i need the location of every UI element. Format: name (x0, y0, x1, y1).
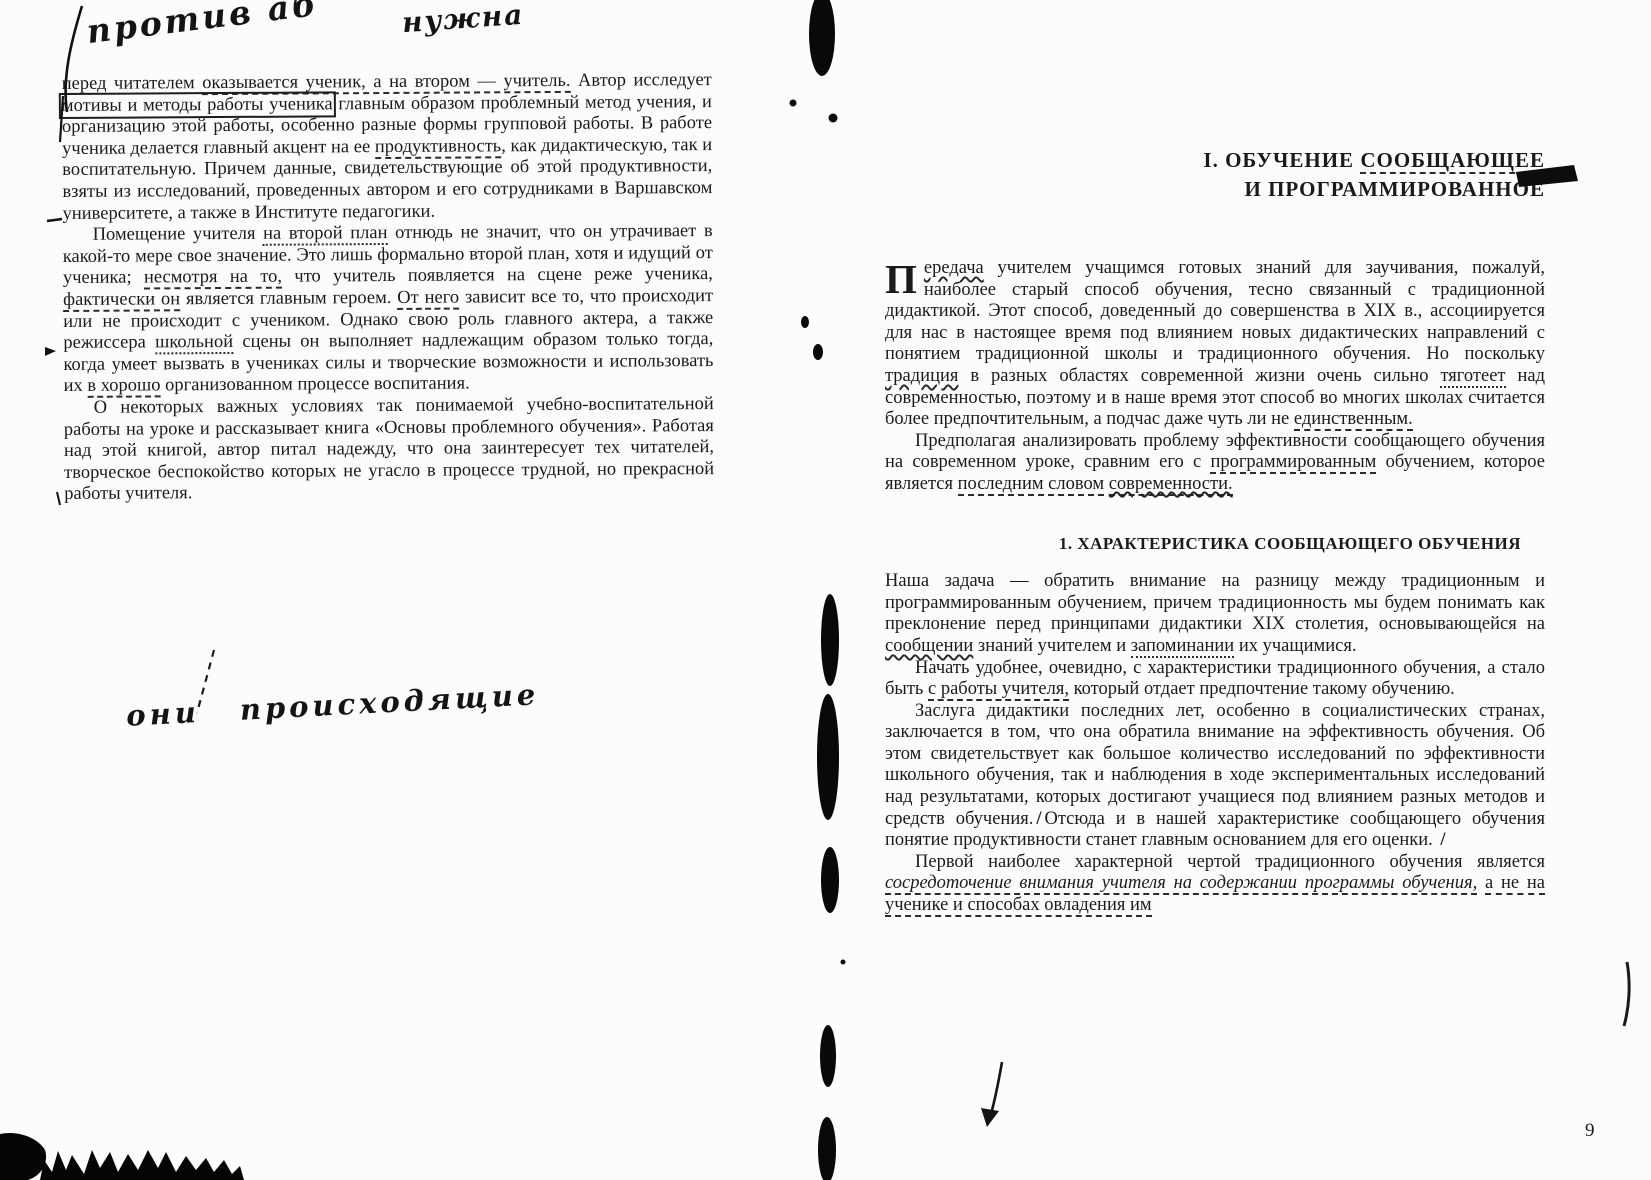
text-segment: От него (397, 288, 459, 310)
paragraph: Предполагая анализировать проблему эффек… (885, 431, 1545, 496)
text-segment: организованном процессе воспитания. (160, 374, 469, 396)
scanned-book-spread: { "colors": { "ink": "#1a1a1a", "pencil_… (0, 0, 1651, 1180)
text-segment: Наша задача — обратить внимание на разни… (885, 571, 1545, 634)
text-segment: их учащимися. (1234, 636, 1356, 656)
ink-blob-gutter (820, 1025, 836, 1087)
ink-blob-corner (0, 1133, 46, 1180)
handwritten-annotation-middle: они происходящие (125, 677, 540, 733)
pen-tick-margin (57, 492, 60, 505)
drop-cap: П (885, 260, 917, 298)
ink-speck (841, 960, 846, 965)
text-segment: учителем учащимся готовых знаний для зау… (885, 258, 1545, 364)
text-segment: Автор исследует (570, 70, 711, 91)
pen-pointer-mark (45, 347, 56, 356)
text-segment: в разных областях современной жизни очен… (958, 366, 1440, 386)
text-segment: / (1437, 830, 1448, 850)
ink-speck (801, 316, 809, 328)
text-segment: О некоторых важных условиях так понимаем… (64, 394, 714, 504)
page-number: 9 (1585, 1120, 1595, 1142)
text-segment: программированным (1210, 452, 1376, 474)
text-segment: на второй план (263, 223, 388, 246)
paragraph-body: ередача учителем учащимся готовых знаний… (885, 258, 1545, 431)
text-segment: Первой наиболее характерной чертой тради… (915, 852, 1545, 872)
text-segment: знаний учителем и (973, 636, 1130, 656)
text-segment: в хорошо (87, 376, 160, 398)
text-segment: тяготеет (1440, 366, 1505, 388)
ink-blob-gutter (818, 1117, 836, 1180)
text-segment: Помещение учителя (93, 224, 264, 245)
ink-blob-gutter (817, 694, 839, 820)
paragraph: Первой наиболее характерной чертой тради… (885, 852, 1545, 917)
text-segment: ередача (924, 258, 984, 278)
pen-dash-margin (47, 219, 62, 221)
text-segment: несмотря на то, (144, 267, 282, 290)
handwritten-annotation-top-left: против аб (84, 0, 320, 51)
text-segment: мотивы и методы работы ученика (62, 94, 333, 116)
text-segment: который отдает предпочтение такому обуче… (1069, 679, 1455, 699)
left-page-text-block: перед читателем оказывается ученик, а на… (62, 70, 715, 506)
text-segment: сосредоточение внимания учителя на содер… (885, 873, 1477, 895)
ink-jagged-strip (40, 1150, 244, 1180)
ink-blob-gutter (821, 847, 839, 913)
ink-speck (813, 344, 823, 360)
text-segment: сообщении (885, 636, 973, 656)
pencil-vertical-margin-line (1624, 962, 1629, 1026)
text-segment: последним словом (958, 474, 1104, 496)
chapter-title: I. ОБУЧЕНИЕ СООБЩАЮЩЕЕ И ПРОГРАММИРОВАНН… (885, 146, 1545, 204)
text-segment: школьной (155, 332, 233, 354)
handwritten-annotation-top-center: нужна (401, 0, 525, 39)
ink-blob-gutter (821, 594, 839, 686)
right-page-text-block: Передача учителем учащимся готовых знани… (885, 258, 1545, 917)
text-segment: запоминании (1131, 636, 1235, 658)
text-segment: традиция (885, 366, 958, 386)
chapter-title-line2: И ПРОГРАММИРОВАННОЕ (1244, 177, 1545, 201)
paragraph: Передача учителем учащимся готовых знани… (885, 258, 1545, 431)
chapter-title-line1: I. ОБУЧЕНИЕ СООБЩАЮЩЕЕ (1203, 148, 1545, 174)
text-segment: / (1033, 809, 1044, 829)
text-segment: с работы учителя, (928, 679, 1069, 701)
paragraph: Заслуга дидактики последних лет, особенн… (885, 701, 1545, 852)
text-segment: что учитель появляется на сцене реже уче… (282, 264, 713, 287)
pencil-arrow-head (981, 1108, 999, 1127)
pencil-arrow-shaft (991, 1062, 1002, 1114)
text-segment: продуктивность (375, 136, 501, 159)
ink-blob-gutter (809, 0, 835, 76)
paragraph: Начать удобнее, очевидно, с характеристи… (885, 658, 1545, 701)
text-segment: фактически он (63, 289, 180, 312)
text-segment: современности. (1109, 474, 1233, 496)
text-segment: I. ОБУЧЕНИЕ (1203, 148, 1360, 172)
ink-speck (790, 100, 797, 107)
paragraph: Помещение учителя на второй план отнюдь … (63, 221, 714, 398)
text-segment (1477, 873, 1485, 893)
ink-speck (829, 114, 838, 123)
text-segment: оказывается ученик, а на втором — учител… (202, 71, 570, 95)
paragraph: перед читателем оказывается ученик, а на… (62, 70, 713, 225)
paragraph: Наша задача — обратить внимание на разни… (885, 571, 1545, 657)
paragraph: О некоторых важных условиях так понимаем… (64, 394, 715, 506)
text-segment: единственным. (1294, 409, 1413, 431)
text-segment: перед читателем (62, 73, 203, 94)
text-segment: является главным героем. (180, 288, 397, 309)
section-heading: 1. ХАРАКТЕРИСТИКА СООБЩАЮЩЕГО ОБУЧЕНИЯ (885, 533, 1545, 555)
text-segment: СООБЩАЮЩЕЕ (1360, 148, 1545, 174)
